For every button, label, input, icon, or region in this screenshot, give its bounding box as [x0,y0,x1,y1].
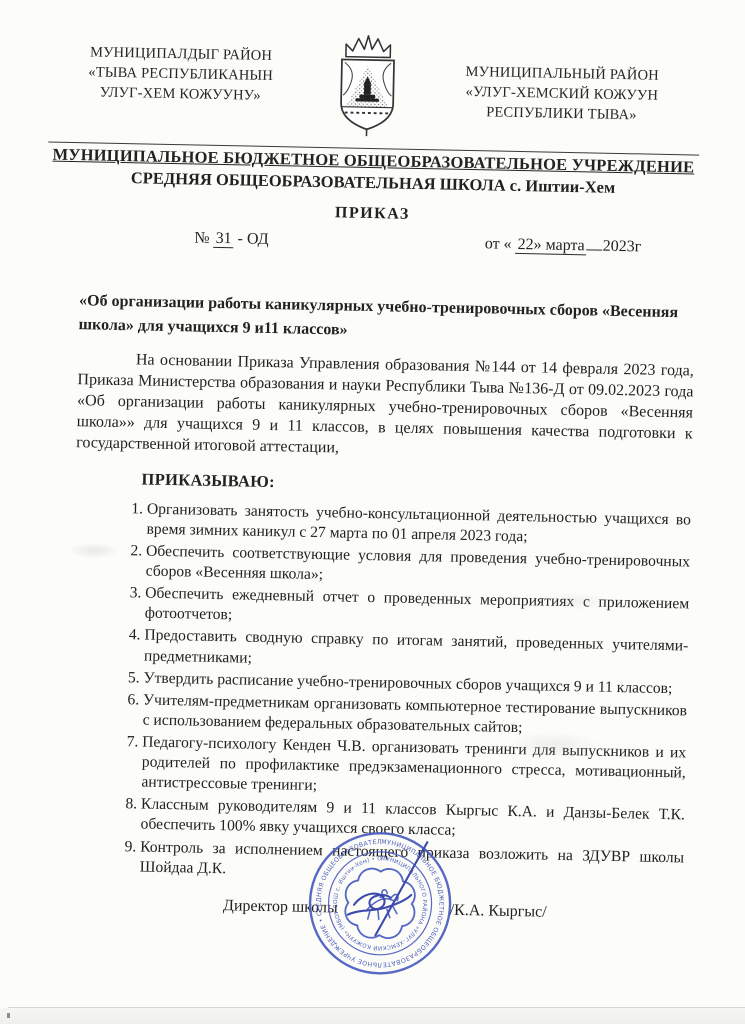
order-directive-word: ПРИКАЗЫВАЮ: [141,469,692,500]
scan-content: МУНИЦИПАЛДЫГ РАЙОН «ТЫВА РЕСПУБЛИКАНЫН У… [0,0,745,1024]
letterhead: МУНИЦИПАЛДЫГ РАЙОН «ТЫВА РЕСПУБЛИКАНЫН У… [48,28,701,149]
order-number-prefix: № [194,229,214,246]
order-number-suffix: - ОД [233,230,268,248]
number-and-date-row: № 31 - ОД от « 22» марта2023г [46,227,697,258]
scan-corner-artifact [7,1013,10,1018]
order-date: от « 22» марта2023г [485,235,642,256]
letterhead-left-tuvan: МУНИЦИПАЛДЫГ РАЙОН «ТЫВА РЕСПУБЛИКАНЫН У… [49,42,312,107]
order-date-prefix: от « [485,235,516,253]
order-subject: «Об организации работы каникулярных учеб… [78,289,679,349]
scanner-background-strip [0,1008,745,1024]
coat-of-arms-icon [322,33,412,143]
order-number-value: 31 [213,230,233,248]
school-round-stamp: МУНИЦИПАЛЬНОЕ БЮДЖЕТНОЕ ОБЩЕОБРАЗОВАТЕЛЬ… [304,827,457,980]
letterhead-right-line: РЕСПУБЛИКИ ТЫВА» [423,101,700,127]
letterhead-right-russian: МУНИЦИПАЛЬНЫЙ РАЙОН «УЛУГ-ХЕМСКИЙ КОЖУУН… [423,61,701,127]
signature-name: /К.А. Кыргыс/ [450,901,547,921]
document-type-title: ПРИКАЗ [47,199,698,230]
scanned-order-document: МУНИЦИПАЛДЫГ РАЙОН «ТЫВА РЕСПУБЛИКАНЫН У… [0,0,745,1024]
order-preamble: На основании Приказа Управления образова… [76,349,694,466]
order-date-day-month: 22» марта [515,236,587,255]
directive-item: Педагогу-психологу Кенден Ч.В. организов… [141,732,686,803]
order-number: № 31 - ОД [194,229,269,248]
order-date-blank [587,249,603,250]
order-date-year: 2023г [603,238,642,256]
